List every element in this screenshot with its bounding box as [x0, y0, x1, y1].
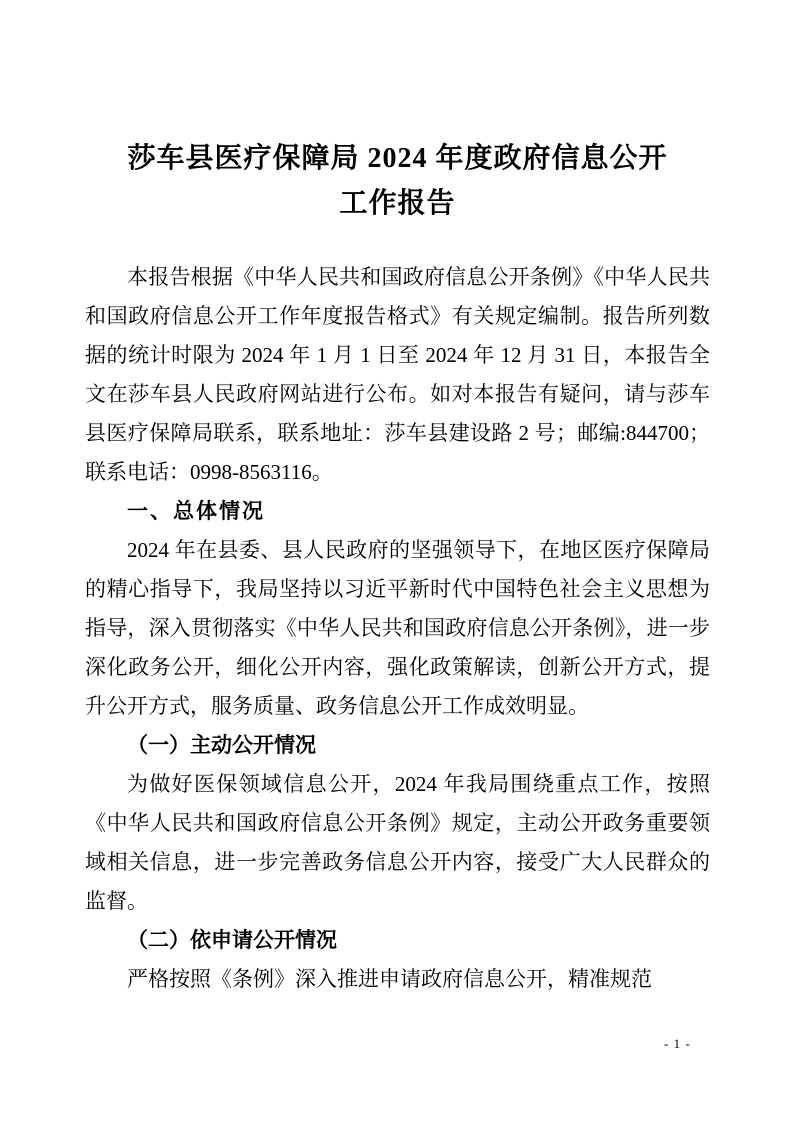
document-title-line2: 工作报告: [339, 188, 455, 219]
subsection-heading-disclosure-upon-request: （二）依申请公开情况: [85, 921, 710, 960]
document-content: 莎车县医疗保障局 2024 年度政府信息公开 工作报告 本报告根据《中华人民共和…: [85, 136, 710, 999]
paragraph-intro: 本报告根据《中华人民共和国政府信息公开条例》《中华人民共和国政府信息公开工作年度…: [85, 258, 710, 492]
section-heading-overall-situation: 一、总体情况: [85, 492, 710, 531]
paragraph-proactive-disclosure: 为做好医保领域信息公开，2024 年我局围绕重点工作，按照《中华人民共和国政府信…: [85, 765, 710, 921]
document-title: 莎车县医疗保障局 2024 年度政府信息公开 工作报告: [85, 136, 710, 226]
paragraph-disclosure-upon-request: 严格按照《条例》深入推进申请政府信息公开，精准规范: [85, 960, 710, 999]
document-page: 莎车县医疗保障局 2024 年度政府信息公开 工作报告 本报告根据《中华人民共和…: [0, 0, 793, 1122]
paragraph-overall-situation: 2024 年在县委、县人民政府的坚强领导下，在地区医疗保障局的精心指导下，我局坚…: [85, 531, 710, 726]
document-title-line1: 莎车县医疗保障局 2024 年度政府信息公开: [127, 143, 667, 174]
subsection-heading-proactive-disclosure: （一）主动公开情况: [85, 726, 710, 765]
page-number: - 1 -: [664, 1036, 691, 1052]
